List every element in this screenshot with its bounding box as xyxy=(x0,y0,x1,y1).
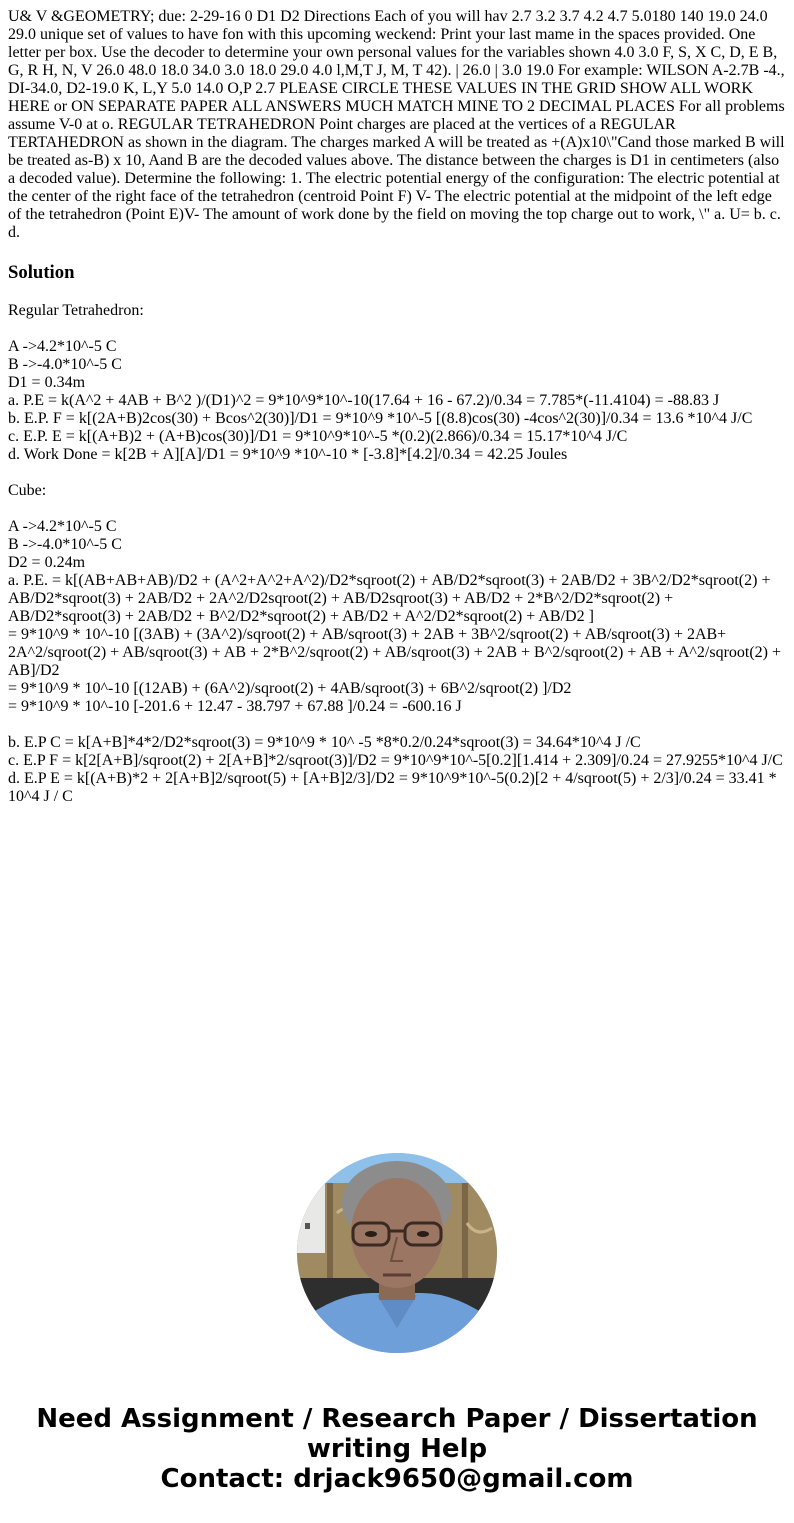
charge-b-line: B ->-4.0*10^-5 C xyxy=(8,536,786,554)
cube-solution-part-bcd: b. E.P C = k[A+B]*4*2/D2*sqroot(3) = 9*1… xyxy=(8,734,786,806)
charge-a-line: A ->4.2*10^-5 C xyxy=(8,518,786,536)
distance-d1-line: D1 = 0.34m xyxy=(8,374,786,392)
question-text: U& V &GEOMETRY; due: 2-29-16 0 D1 D2 Dir… xyxy=(8,8,786,242)
answer-b-line: b. E.P. F = k[(2A+B)2cos(30) + Bcos^2(30… xyxy=(8,410,786,428)
answer-a-formula: a. P.E. = k[(AB+AB+AB)/D2 + (A^2+A^2+A^2… xyxy=(8,572,786,626)
footer-line-help: writing Help xyxy=(0,1434,794,1464)
page-content: U& V &GEOMETRY; due: 2-29-16 0 D1 D2 Dir… xyxy=(0,0,794,806)
answer-d-line: d. E.P E = k[(A+B)*2 + 2[A+B]2/sqroot(5)… xyxy=(8,770,786,806)
tetrahedron-title: Regular Tetrahedron: xyxy=(8,302,786,320)
charge-b-line: B ->-4.0*10^-5 C xyxy=(8,356,786,374)
answer-d-line: d. Work Done = k[2B + A][A]/D1 = 9*10^9 … xyxy=(8,446,786,464)
charge-a-line: A ->4.2*10^-5 C xyxy=(8,338,786,356)
footer-contact-email: Contact: drjack9650@gmail.com xyxy=(0,1464,794,1494)
answer-a-simplified: = 9*10^9 * 10^-10 [(12AB) + (6A^2)/sqroo… xyxy=(8,680,786,698)
tetrahedron-solution: A ->4.2*10^-5 C B ->-4.0*10^-5 C D1 = 0.… xyxy=(8,338,786,464)
cube-title: Cube: xyxy=(8,482,786,500)
answer-c-line: c. E.P F = k[2[A+B]/sqroot(2) + 2[A+B]*2… xyxy=(8,752,786,770)
avatar xyxy=(297,1153,497,1353)
distance-d2-line: D2 = 0.24m xyxy=(8,554,786,572)
answer-a-result: = 9*10^9 * 10^-10 [-201.6 + 12.47 - 38.7… xyxy=(8,698,786,716)
answer-a-expanded: = 9*10^9 * 10^-10 [(3AB) + (3A^2)/sqroot… xyxy=(8,626,786,680)
solution-heading: Solution xyxy=(8,262,786,284)
answer-b-line: b. E.P C = k[A+B]*4*2/D2*sqroot(3) = 9*1… xyxy=(8,734,786,752)
answer-c-line: c. E.P. E = k[(A+B)2 + (A+B)cos(30)]/D1 … xyxy=(8,428,786,446)
footer-line-services: Need Assignment / Research Paper / Disse… xyxy=(0,1404,794,1434)
avatar-portrait-image xyxy=(297,1153,497,1353)
contact-footer: Need Assignment / Research Paper / Disse… xyxy=(0,1404,794,1494)
answer-a-line: a. P.E = k(A^2 + 4AB + B^2 )/(D1)^2 = 9*… xyxy=(8,392,786,410)
cube-solution-part-a: A ->4.2*10^-5 C B ->-4.0*10^-5 C D2 = 0.… xyxy=(8,518,786,716)
